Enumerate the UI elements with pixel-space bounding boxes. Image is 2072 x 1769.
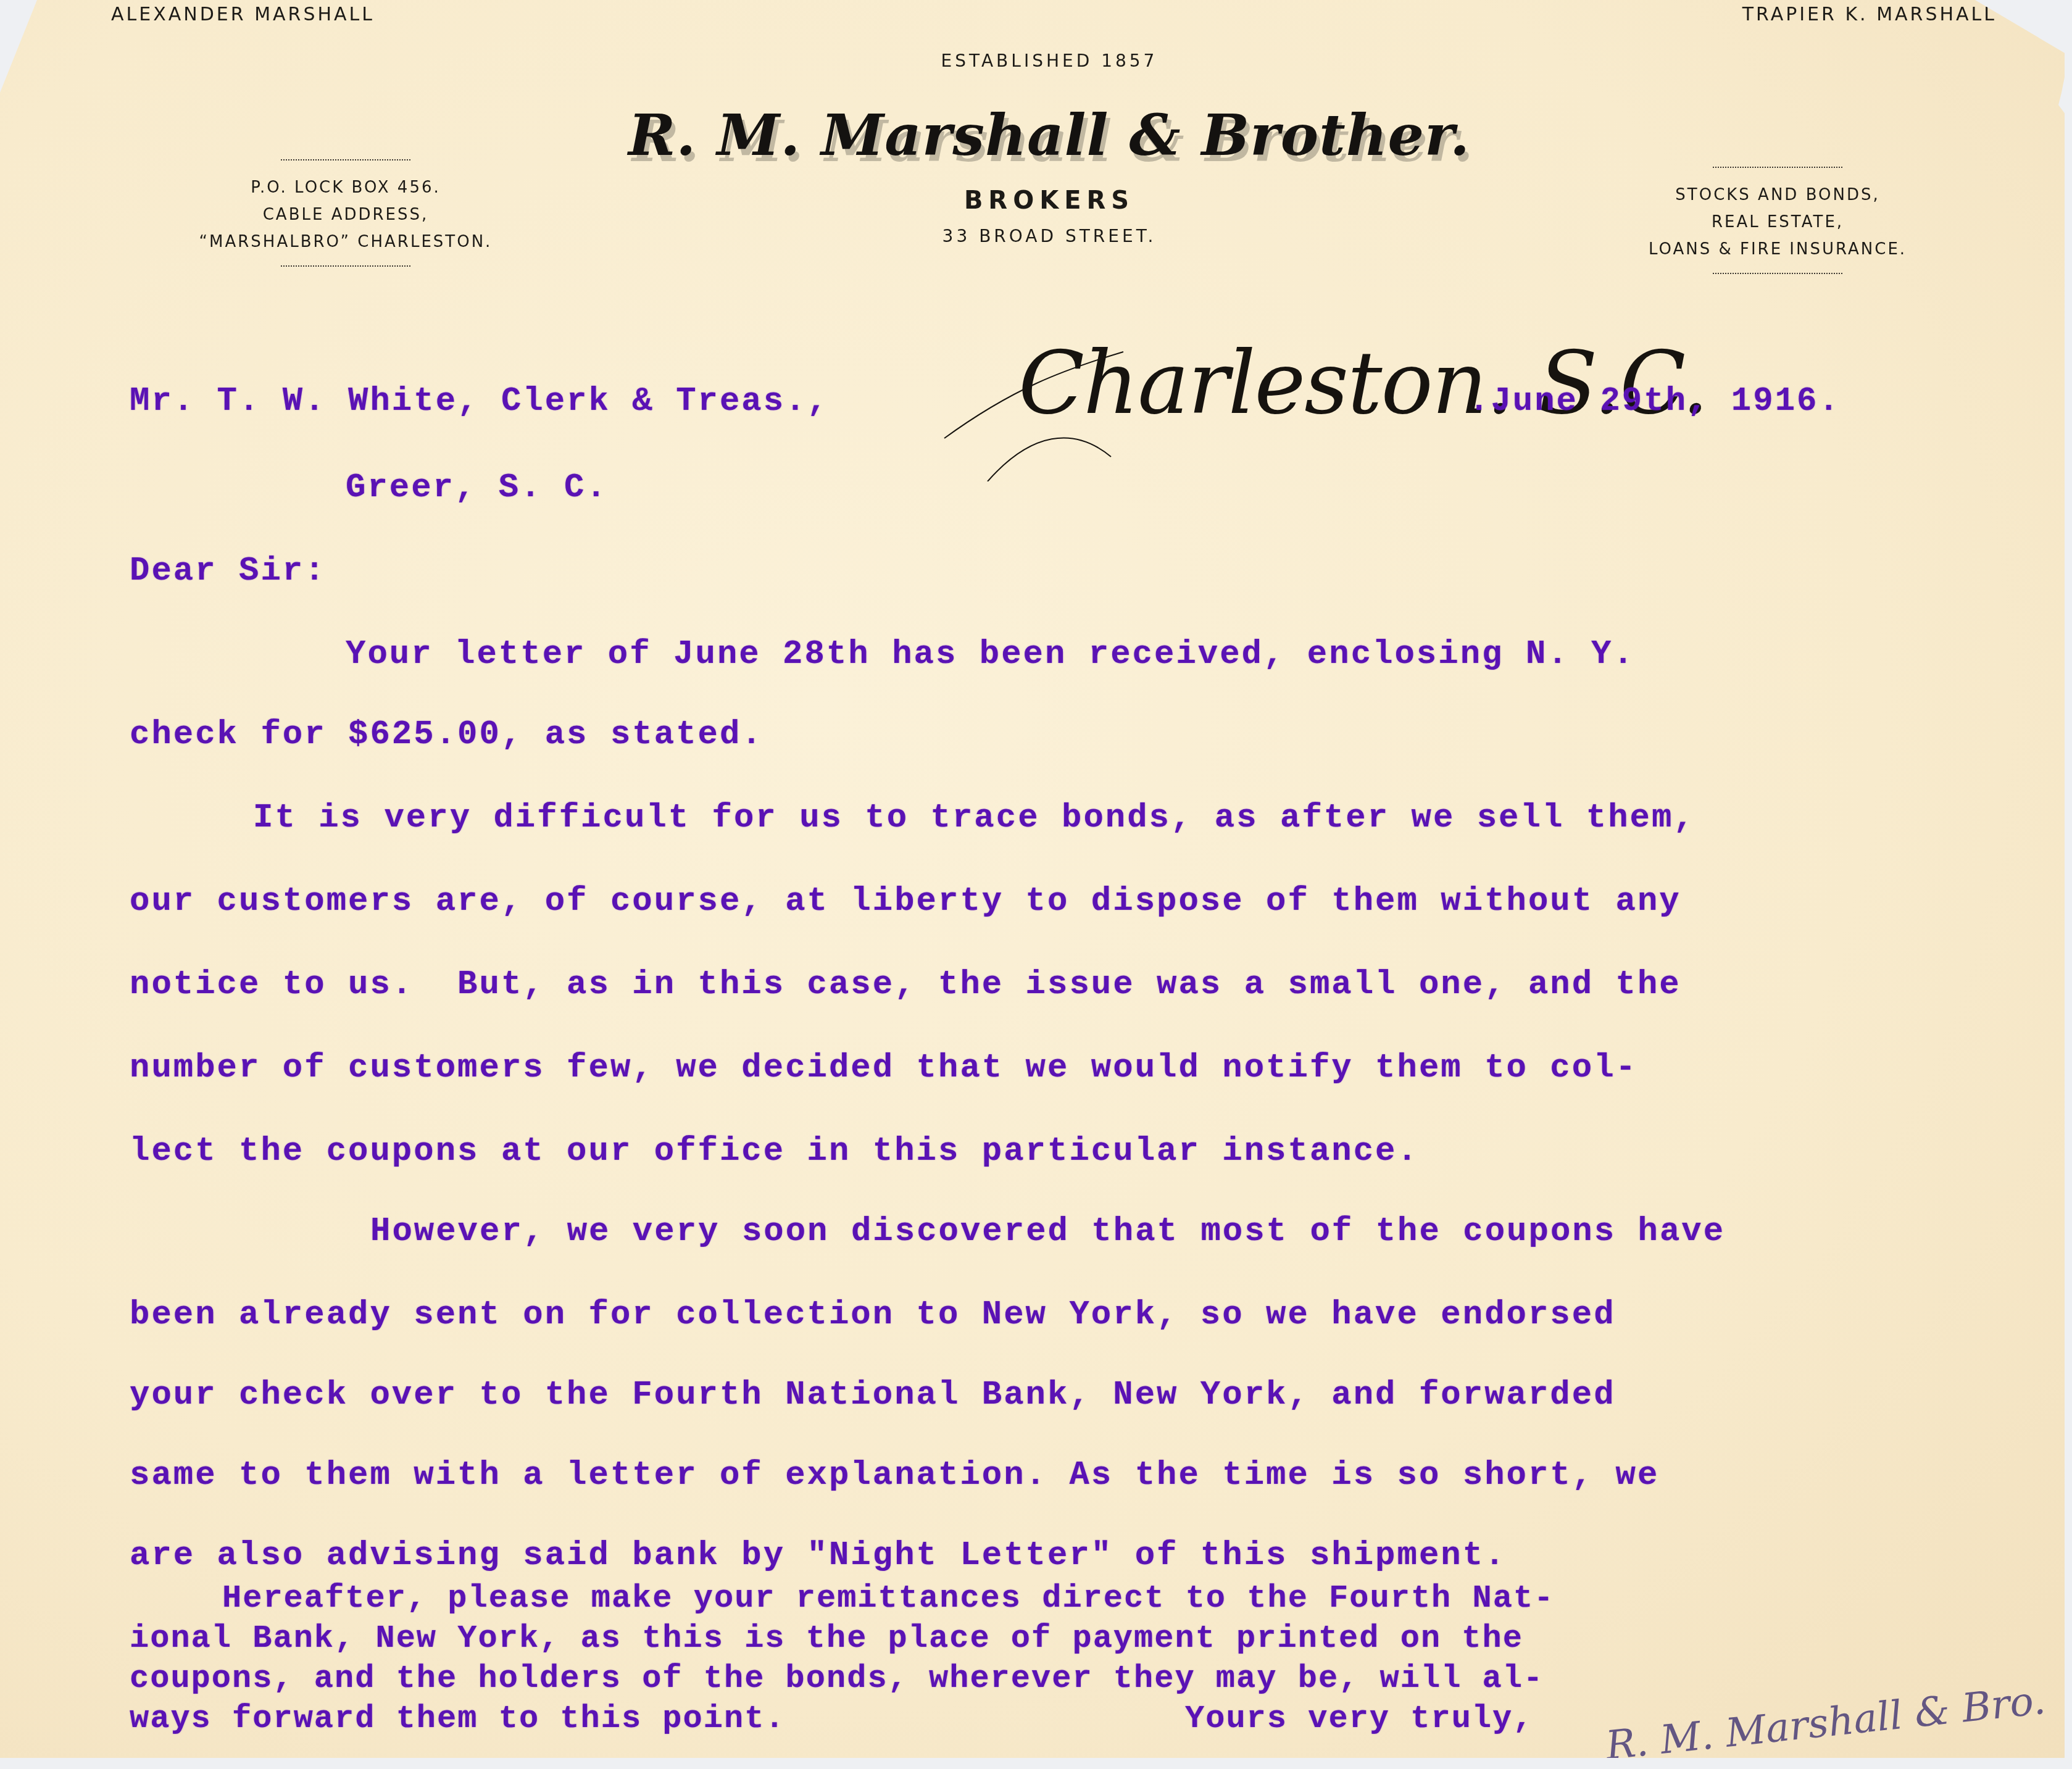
divider xyxy=(1713,167,1842,169)
body-line: However, we very soon discovered that mo… xyxy=(370,1213,1725,1251)
po-box: P.O. LOCK BOX 456. xyxy=(173,174,518,201)
firm-name: R. M. Marshall & Brother. xyxy=(555,102,1543,169)
divider xyxy=(1713,273,1842,275)
recipient-address: Greer, S. C. xyxy=(346,469,608,507)
body-line: notice to us. But, as in this case, the … xyxy=(130,966,1681,1004)
established-text: ESTABLISHED 1857 xyxy=(617,51,1481,71)
services-block: STOCKS AND BONDS, REAL ESTATE, LOANS & F… xyxy=(1580,167,1975,275)
service-item: LOANS & FIRE INSURANCE. xyxy=(1580,236,1975,263)
body-line: It is very difficult for us to trace bon… xyxy=(253,799,1695,837)
letter-page: ALEXANDER MARSHALL TRAPIER K. MARSHALL E… xyxy=(0,0,2065,1758)
cable-address-label: CABLE ADDRESS, xyxy=(173,201,518,228)
service-item: REAL ESTATE, xyxy=(1580,209,1975,236)
body-line: number of customers few, we decided that… xyxy=(130,1049,1637,1087)
body-line: same to them with a letter of explanatio… xyxy=(130,1457,1659,1494)
cable-address: “MARSHALBRO” CHARLESTON. xyxy=(173,228,518,256)
contact-block: P.O. LOCK BOX 456. CABLE ADDRESS, “MARSH… xyxy=(173,159,518,268)
body-line: ways forward them to this point. xyxy=(130,1700,786,1737)
left-partner-name: ALEXANDER MARSHALL xyxy=(111,4,375,25)
body-line: ional Bank, New York, as this is the pla… xyxy=(130,1620,1523,1657)
body-line: Your letter of June 28th has been receiv… xyxy=(346,636,1635,673)
salutation: Dear Sir: xyxy=(130,552,327,590)
body-line: been already sent on for collection to N… xyxy=(130,1296,1616,1334)
body-line: lect the coupons at our office in this p… xyxy=(130,1133,1419,1170)
street-address: 33 BROAD STREET. xyxy=(617,226,1481,246)
body-line: coupons, and the holders of the bonds, w… xyxy=(130,1660,1544,1697)
body-line: Hereafter, please make your remittances … xyxy=(222,1580,1554,1617)
body-line: our customers are, of course, at liberty… xyxy=(130,883,1681,920)
handwritten-signature: R. M. Marshall & Bro. xyxy=(1604,1678,2047,1769)
body-line: your check over to the Fourth National B… xyxy=(130,1376,1616,1414)
recipient-name: Mr. T. W. White, Clerk & Treas., xyxy=(130,383,829,420)
divider xyxy=(281,159,410,162)
letter-date: .June 29th, 1916. xyxy=(1469,383,1841,420)
body-line: check for $625.00, as stated. xyxy=(130,716,763,754)
body-line: are also advising said bank by "Night Le… xyxy=(130,1537,1507,1575)
service-item: STOCKS AND BONDS, xyxy=(1580,181,1975,209)
firm-type: BROKERS xyxy=(617,186,1481,215)
divider xyxy=(281,265,410,268)
closing: Yours very truly, xyxy=(1185,1700,1534,1737)
right-partner-name: TRAPIER K. MARSHALL xyxy=(1742,4,1997,25)
